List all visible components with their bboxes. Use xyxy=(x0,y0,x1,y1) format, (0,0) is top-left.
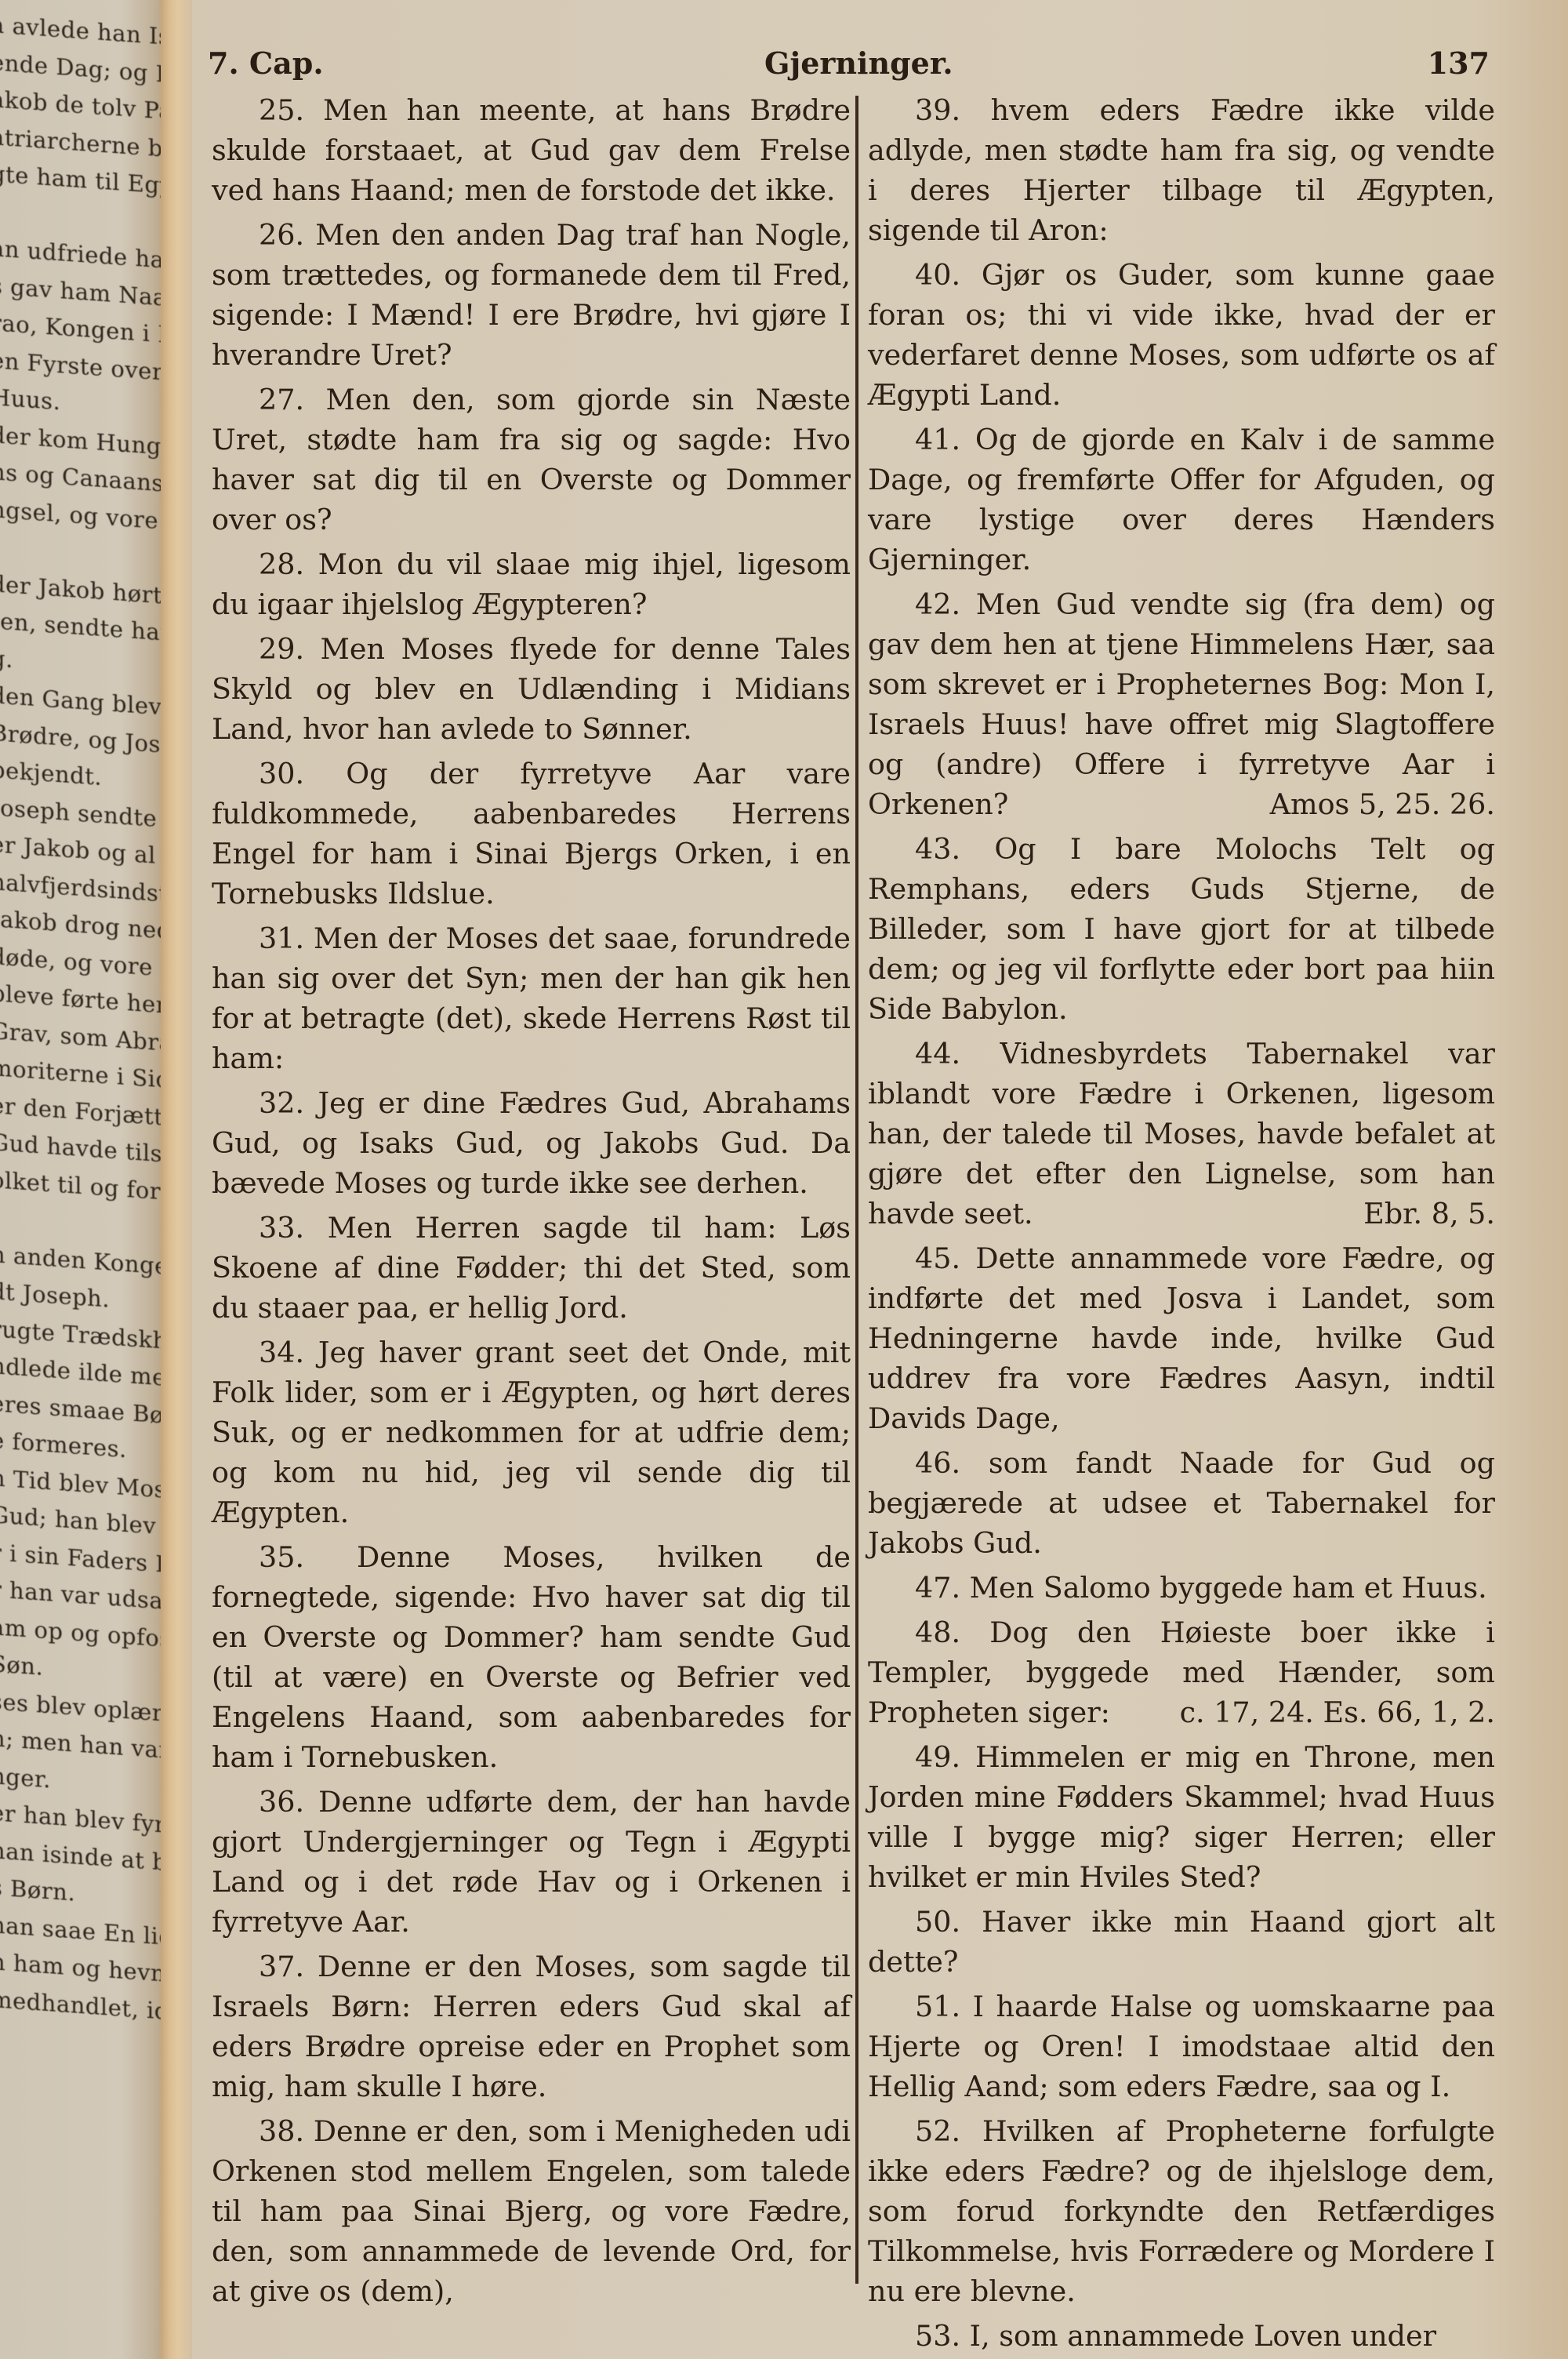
verse-text: Men Salomo byggede ham et Huus. xyxy=(970,1571,1487,1605)
verse-number: 44. xyxy=(915,1037,1000,1070)
column-divider xyxy=(855,96,858,2284)
verse: 51. I haarde Halse og uomskaarne paa Hje… xyxy=(868,1986,1495,2106)
verse-number: 43. xyxy=(915,832,994,866)
verse-number: 48. xyxy=(915,1616,989,1649)
verse: 28. Mon du vil slaae mig ihjel, ligesom … xyxy=(212,544,851,624)
verse: 26. Men den anden Dag traf han Nogle, so… xyxy=(212,215,851,375)
verse: 52. Hvilken af Propheterne forfulgte ikk… xyxy=(868,2111,1495,2311)
right-column: 39. hvem eders Fædre ikke vilde adlyde, … xyxy=(868,90,1495,2359)
verse-number: 45. xyxy=(915,1241,975,1275)
verse: 32. Jeg er dine Fædres Gud, Abrahams Gud… xyxy=(212,1083,851,1203)
verse-number: 26. xyxy=(259,218,315,252)
verse: 27. Men den, som gjorde sin Næste Uret, … xyxy=(212,380,851,540)
verse-number: 38. xyxy=(259,2114,314,2148)
verse: 33. Men Herren sagde til ham: Løs Skoene… xyxy=(212,1208,851,1328)
verse: 53. I, som annammede Loven under xyxy=(868,2316,1495,2356)
verse-number: 34. xyxy=(259,1336,318,1369)
verse-number: 28. xyxy=(259,547,318,581)
verse: 35. Denne Moses, hvilken de fornegtede, … xyxy=(212,1537,851,1777)
verse-number: 51. xyxy=(915,1990,973,2023)
verse: 38. Denne er den, som i Menigheden udi O… xyxy=(212,2111,851,2311)
previous-page-edge: a avlede han Isak ogende Dag; og Isakako… xyxy=(0,0,172,2359)
verse-number: 33. xyxy=(259,1211,328,1245)
cross-reference: c. 17, 24. Es. 66, 1, 2. xyxy=(1133,1692,1495,1732)
verse: 30. Og der fyrretyve Aar vare fuldkommed… xyxy=(212,754,851,914)
cross-reference: Ebr. 8, 5. xyxy=(1316,1194,1495,1234)
verse-number: 42. xyxy=(915,587,976,621)
book-gutter xyxy=(161,0,192,2359)
verse: 25. Men han meente, at hans Brødre skuld… xyxy=(212,90,851,210)
verse-number: 53. xyxy=(915,2319,970,2353)
verse-text: I, som annammede Loven under xyxy=(970,2319,1436,2353)
verse: 31. Men der Moses det saae, forundrede h… xyxy=(212,918,851,1078)
verse-number: 39. xyxy=(915,93,991,127)
book-title: Gjerninger. xyxy=(764,45,953,81)
verse: 44. Vidnesbyrdets Tabernakel var iblandt… xyxy=(868,1034,1495,1234)
verse: 40. Gjør os Guder, som kunne gaae foran … xyxy=(868,255,1495,415)
verse: 50. Haver ikke min Haand gjort alt dette… xyxy=(868,1902,1495,1982)
verse-number: 49. xyxy=(915,1740,975,1774)
previous-page-text: a avlede han Isak ogende Dag; og Isakako… xyxy=(0,6,171,2030)
left-column: 25. Men han meente, at hans Brødre skuld… xyxy=(212,90,851,2316)
verse-number: 47. xyxy=(915,1571,970,1605)
verse-text: Denne Moses, hvilken de fornegtede, sige… xyxy=(212,1540,851,1774)
verse: 46. som fandt Naade for Gud og begjærede… xyxy=(868,1443,1495,1563)
verse-number: 32. xyxy=(259,1086,318,1120)
page: 7. Cap. Gjerninger. 137 25. Men han meen… xyxy=(200,31,1501,2353)
verse-number: 37. xyxy=(259,1950,318,1983)
verse-number: 40. xyxy=(915,258,982,292)
verse: 42. Men Gud vendte sig (fra dem) og gav … xyxy=(868,584,1495,824)
verse-number: 50. xyxy=(915,1905,982,1939)
cross-reference: Amos 5, 25. 26. xyxy=(1223,784,1495,824)
verse-number: 35. xyxy=(259,1540,357,1574)
verse-number: 41. xyxy=(915,423,975,456)
running-head: 7. Cap. Gjerninger. 137 xyxy=(200,45,1497,93)
verse: 45. Dette annammede vore Fædre, og indfø… xyxy=(868,1238,1495,1438)
verse: 43. Og I bare Molochs Telt og Remphans, … xyxy=(868,829,1495,1029)
verse-number: 31. xyxy=(259,921,314,955)
verse-number: 27. xyxy=(259,383,326,416)
verse: 39. hvem eders Fædre ikke vilde adlyde, … xyxy=(868,90,1495,250)
verse: 47. Men Salomo byggede ham et Huus. xyxy=(868,1568,1495,1608)
verse-number: 29. xyxy=(259,632,321,666)
verse: 36. Denne udførte dem, der han havde gjo… xyxy=(212,1782,851,1942)
verse-number: 36. xyxy=(259,1785,318,1819)
verse: 48. Dog den Høieste boer ikke i Templer,… xyxy=(868,1612,1495,1732)
verse: 29. Men Moses flyede for denne Tales Sky… xyxy=(212,629,851,749)
verse-number: 46. xyxy=(915,1446,989,1480)
verse: 34. Jeg haver grant seet det Onde, mit F… xyxy=(212,1332,851,1532)
verse: 41. Og de gjorde en Kalv i de samme Dage… xyxy=(868,420,1495,580)
verse-number: 30. xyxy=(259,757,346,791)
page-number: 137 xyxy=(1428,45,1490,81)
verse: 49. Himmelen er mig en Throne, men Jorde… xyxy=(868,1737,1495,1897)
verse-number: 52. xyxy=(915,2114,982,2148)
verse: 37. Denne er den Moses, som sagde til Is… xyxy=(212,1946,851,2106)
verse-number: 25. xyxy=(259,93,323,127)
chapter-label: 7. Cap. xyxy=(208,45,324,81)
